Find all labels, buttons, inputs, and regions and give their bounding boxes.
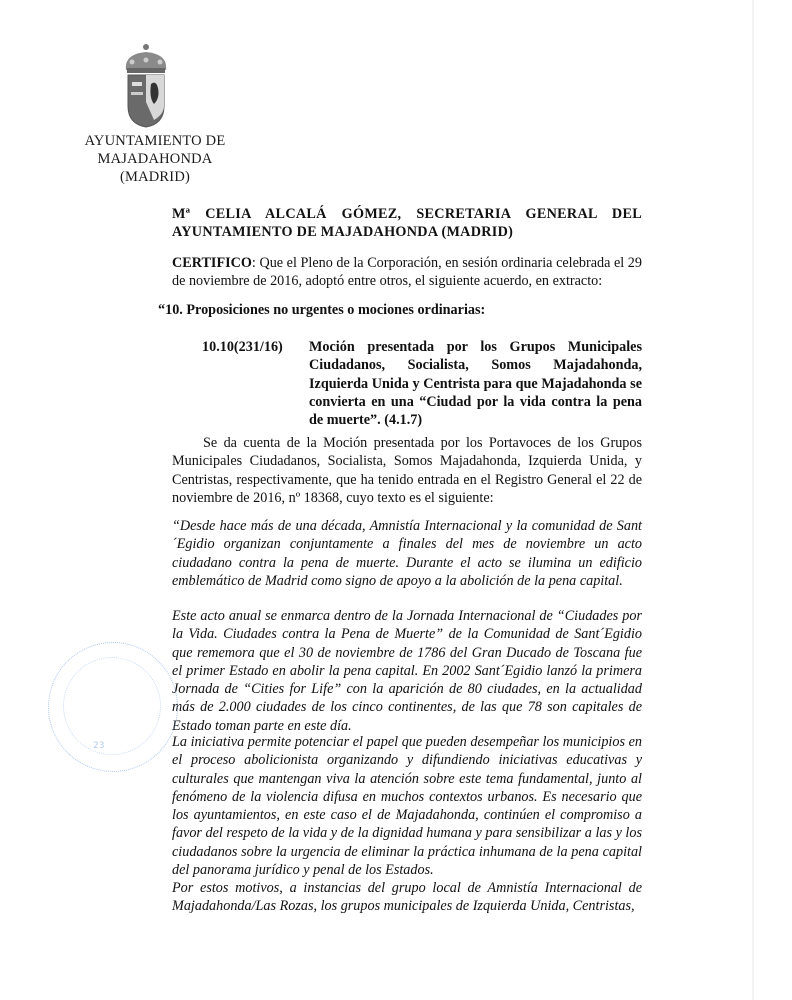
org-line: (MADRID) <box>70 168 240 186</box>
intro-paragraph: Se da cuenta de la Moción presentada por… <box>172 434 642 507</box>
motion-paragraph: Este acto anual se enmarca dentro de la … <box>172 607 642 735</box>
certifico-label: CERTIFICO <box>172 255 252 271</box>
coat-of-arms-icon <box>118 42 174 130</box>
official-stamp-icon: 23 <box>48 642 178 772</box>
heading-line-1: Mª CELIA ALCALÁ GÓMEZ, SECRETARIA GENERA… <box>172 205 642 223</box>
motion-paragraph: “Desde hace más de una década, Amnistía … <box>172 517 642 590</box>
stamp-inner-ring <box>63 657 161 755</box>
motion-paragraph: La iniciativa permite potenciar el papel… <box>172 733 642 879</box>
document-page: AYUNTAMIENTO DE MAJADAHONDA (MADRID) Mª … <box>0 0 792 1000</box>
stamp-text: 23 <box>93 741 104 751</box>
certification-paragraph: CERTIFICO: Que el Pleno de la Corporació… <box>172 254 642 291</box>
agenda-point: “10. Proposiciones no urgentes o mocione… <box>158 302 485 319</box>
page-edge-line <box>752 0 754 1000</box>
org-line: MAJADAHONDA <box>70 150 240 168</box>
item-code: 10.10(231/16) <box>202 338 283 356</box>
document-heading: Mª CELIA ALCALÁ GÓMEZ, SECRETARIA GENERA… <box>172 205 642 242</box>
motion-paragraph: Por estos motivos, a instancias del grup… <box>172 879 642 916</box>
item-title: Moción presentada por los Grupos Municip… <box>309 338 642 429</box>
heading-line-2: AYUNTAMIENTO DE MAJADAHONDA (MADRID) <box>172 224 513 240</box>
org-line: AYUNTAMIENTO DE <box>70 132 240 150</box>
organization-name: AYUNTAMIENTO DE MAJADAHONDA (MADRID) <box>70 132 240 186</box>
